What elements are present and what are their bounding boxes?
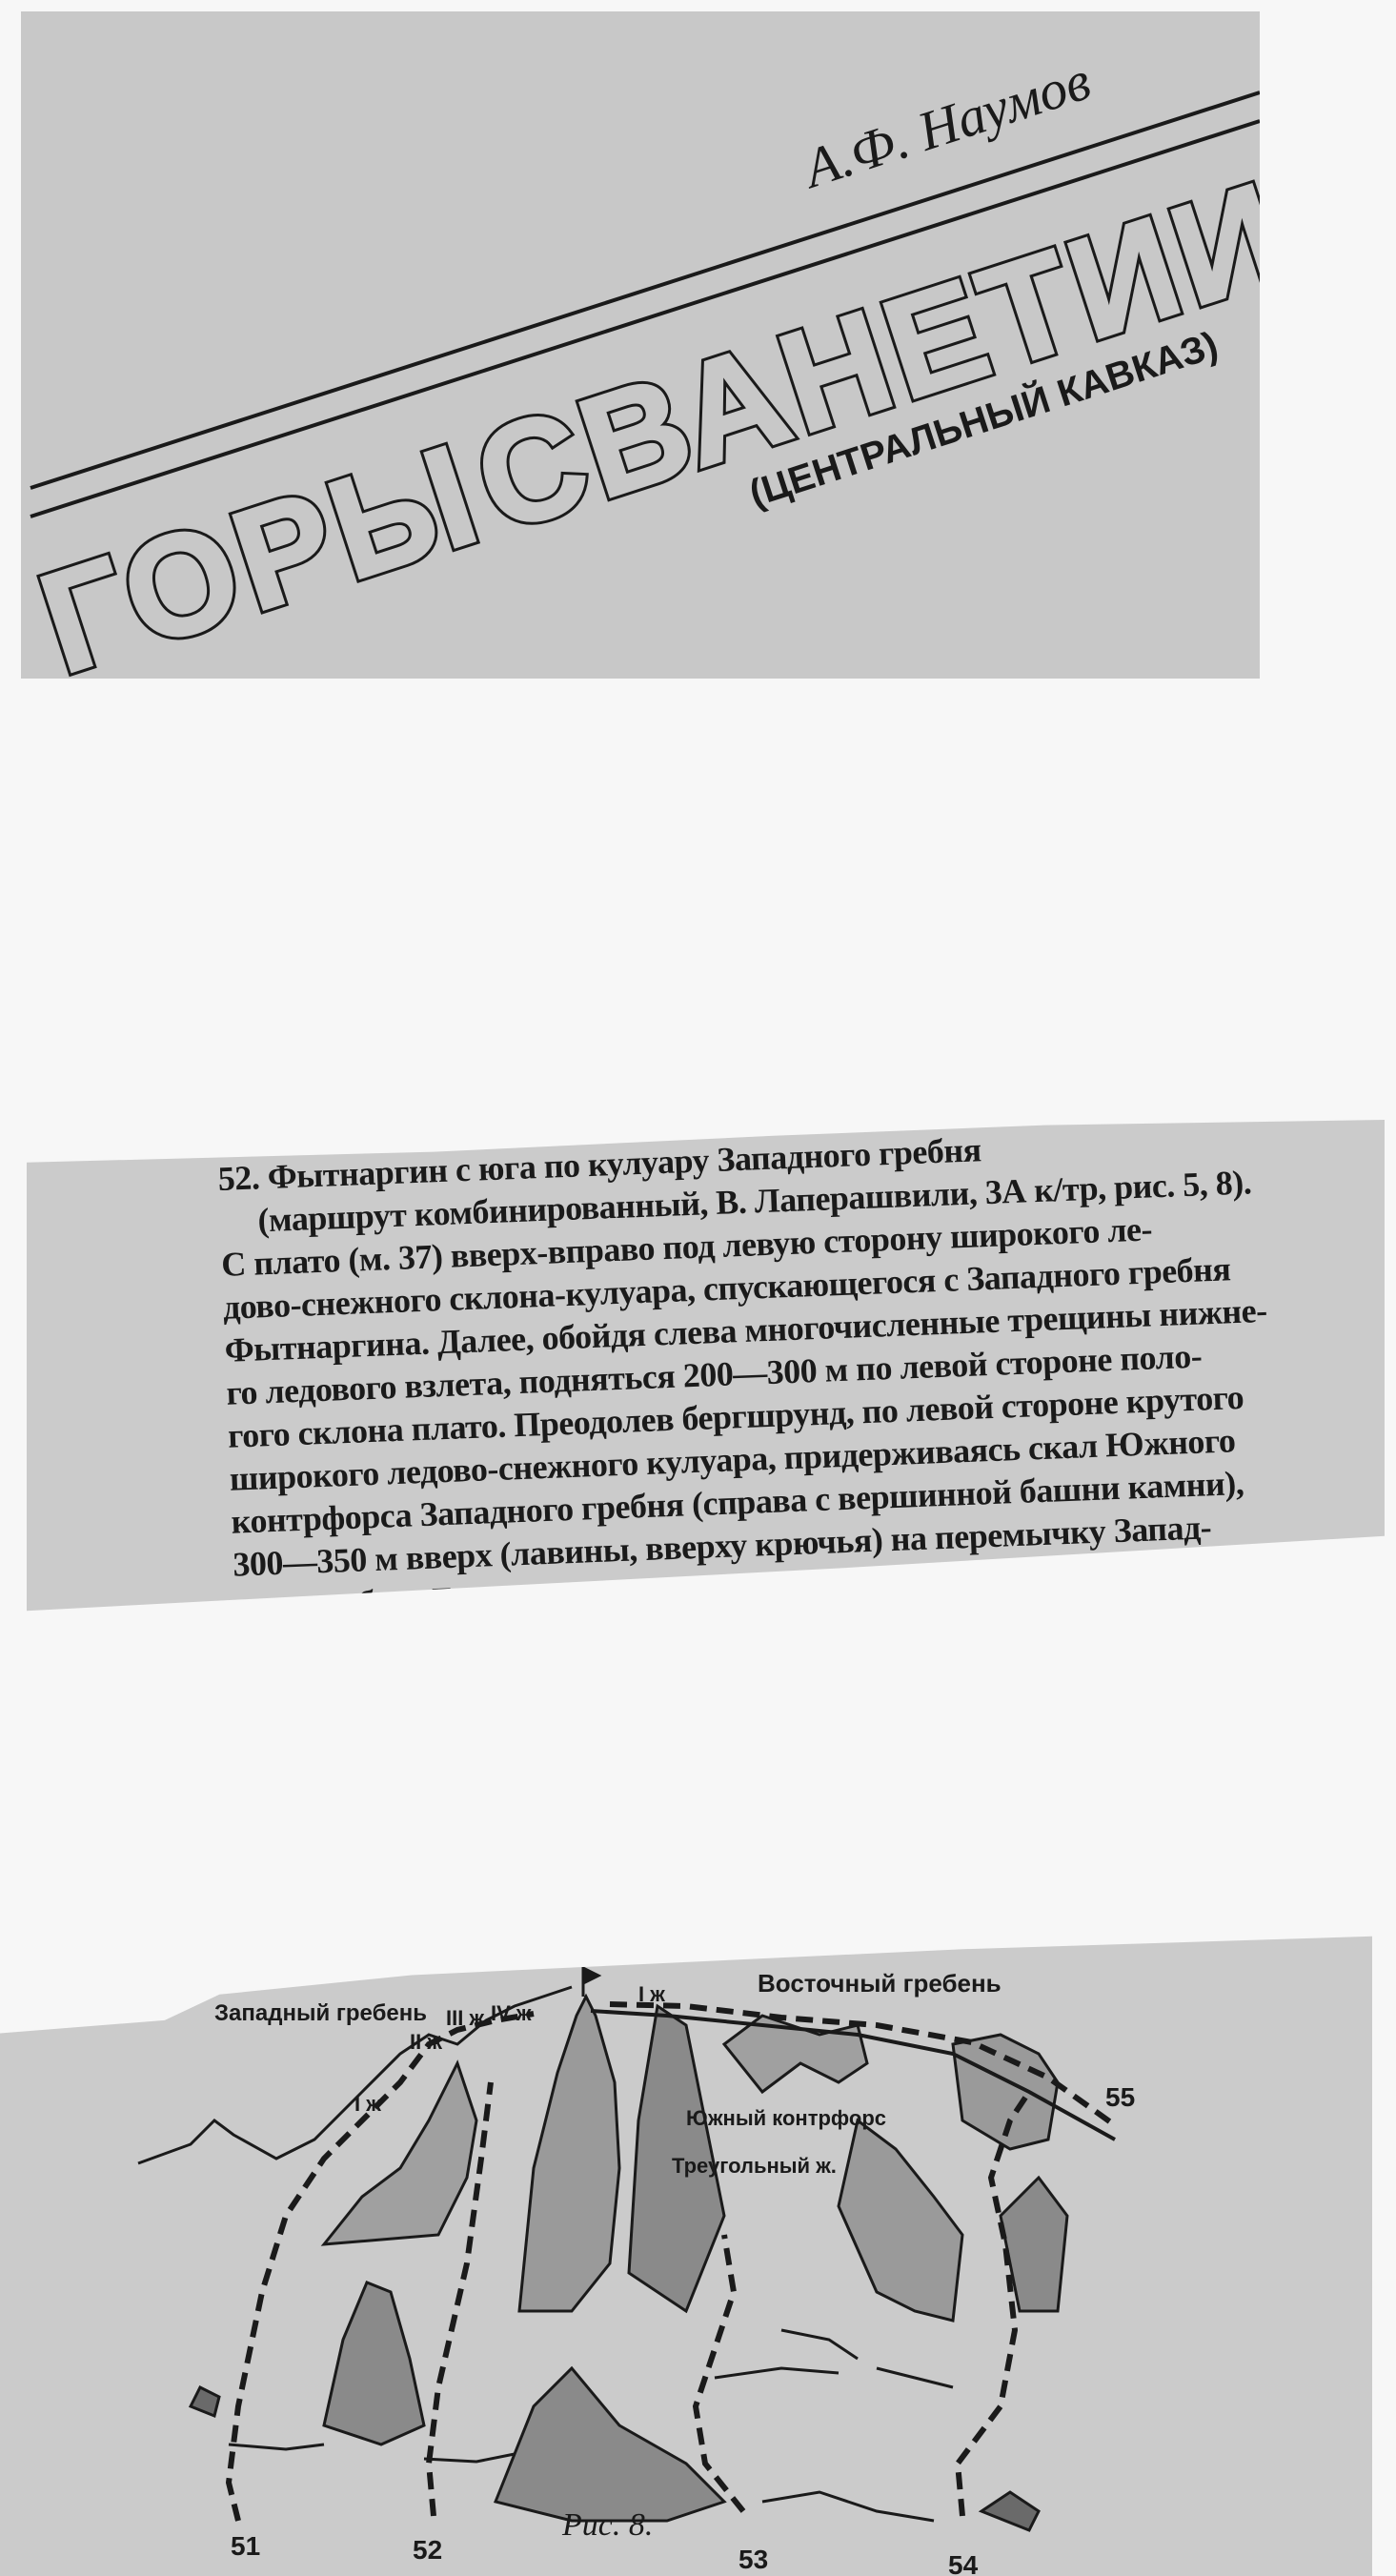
- cover-title-word1-inner: ГОРЫ: [23, 413, 499, 679]
- cover-author: А.Ф. Наумов: [793, 49, 1098, 200]
- caption-layer: Рис. 8.: [0, 1930, 1372, 2576]
- route-diagram-clipping: ФЫТНАРГИН Западный гребень Восточный гре…: [0, 1930, 1372, 2576]
- route-description: 52. Фытнаргин с юга по кулуару Западного…: [217, 1120, 1385, 1630]
- book-cover-clipping: А.Ф. Наумов ГОРЫ ГОРЫ СВАНЕТИИ СВАНЕТИИ …: [21, 11, 1260, 679]
- figure-caption: Рис. 8.: [561, 2507, 653, 2543]
- summit-label: ФЫТНАРГИН: [529, 1930, 704, 1959]
- cover-artwork: А.Ф. Наумов ГОРЫ ГОРЫ СВАНЕТИИ СВАНЕТИИ …: [21, 11, 1260, 679]
- route-description-clipping: 52. Фытнаргин с юга по кулуару Западного…: [27, 1120, 1385, 1653]
